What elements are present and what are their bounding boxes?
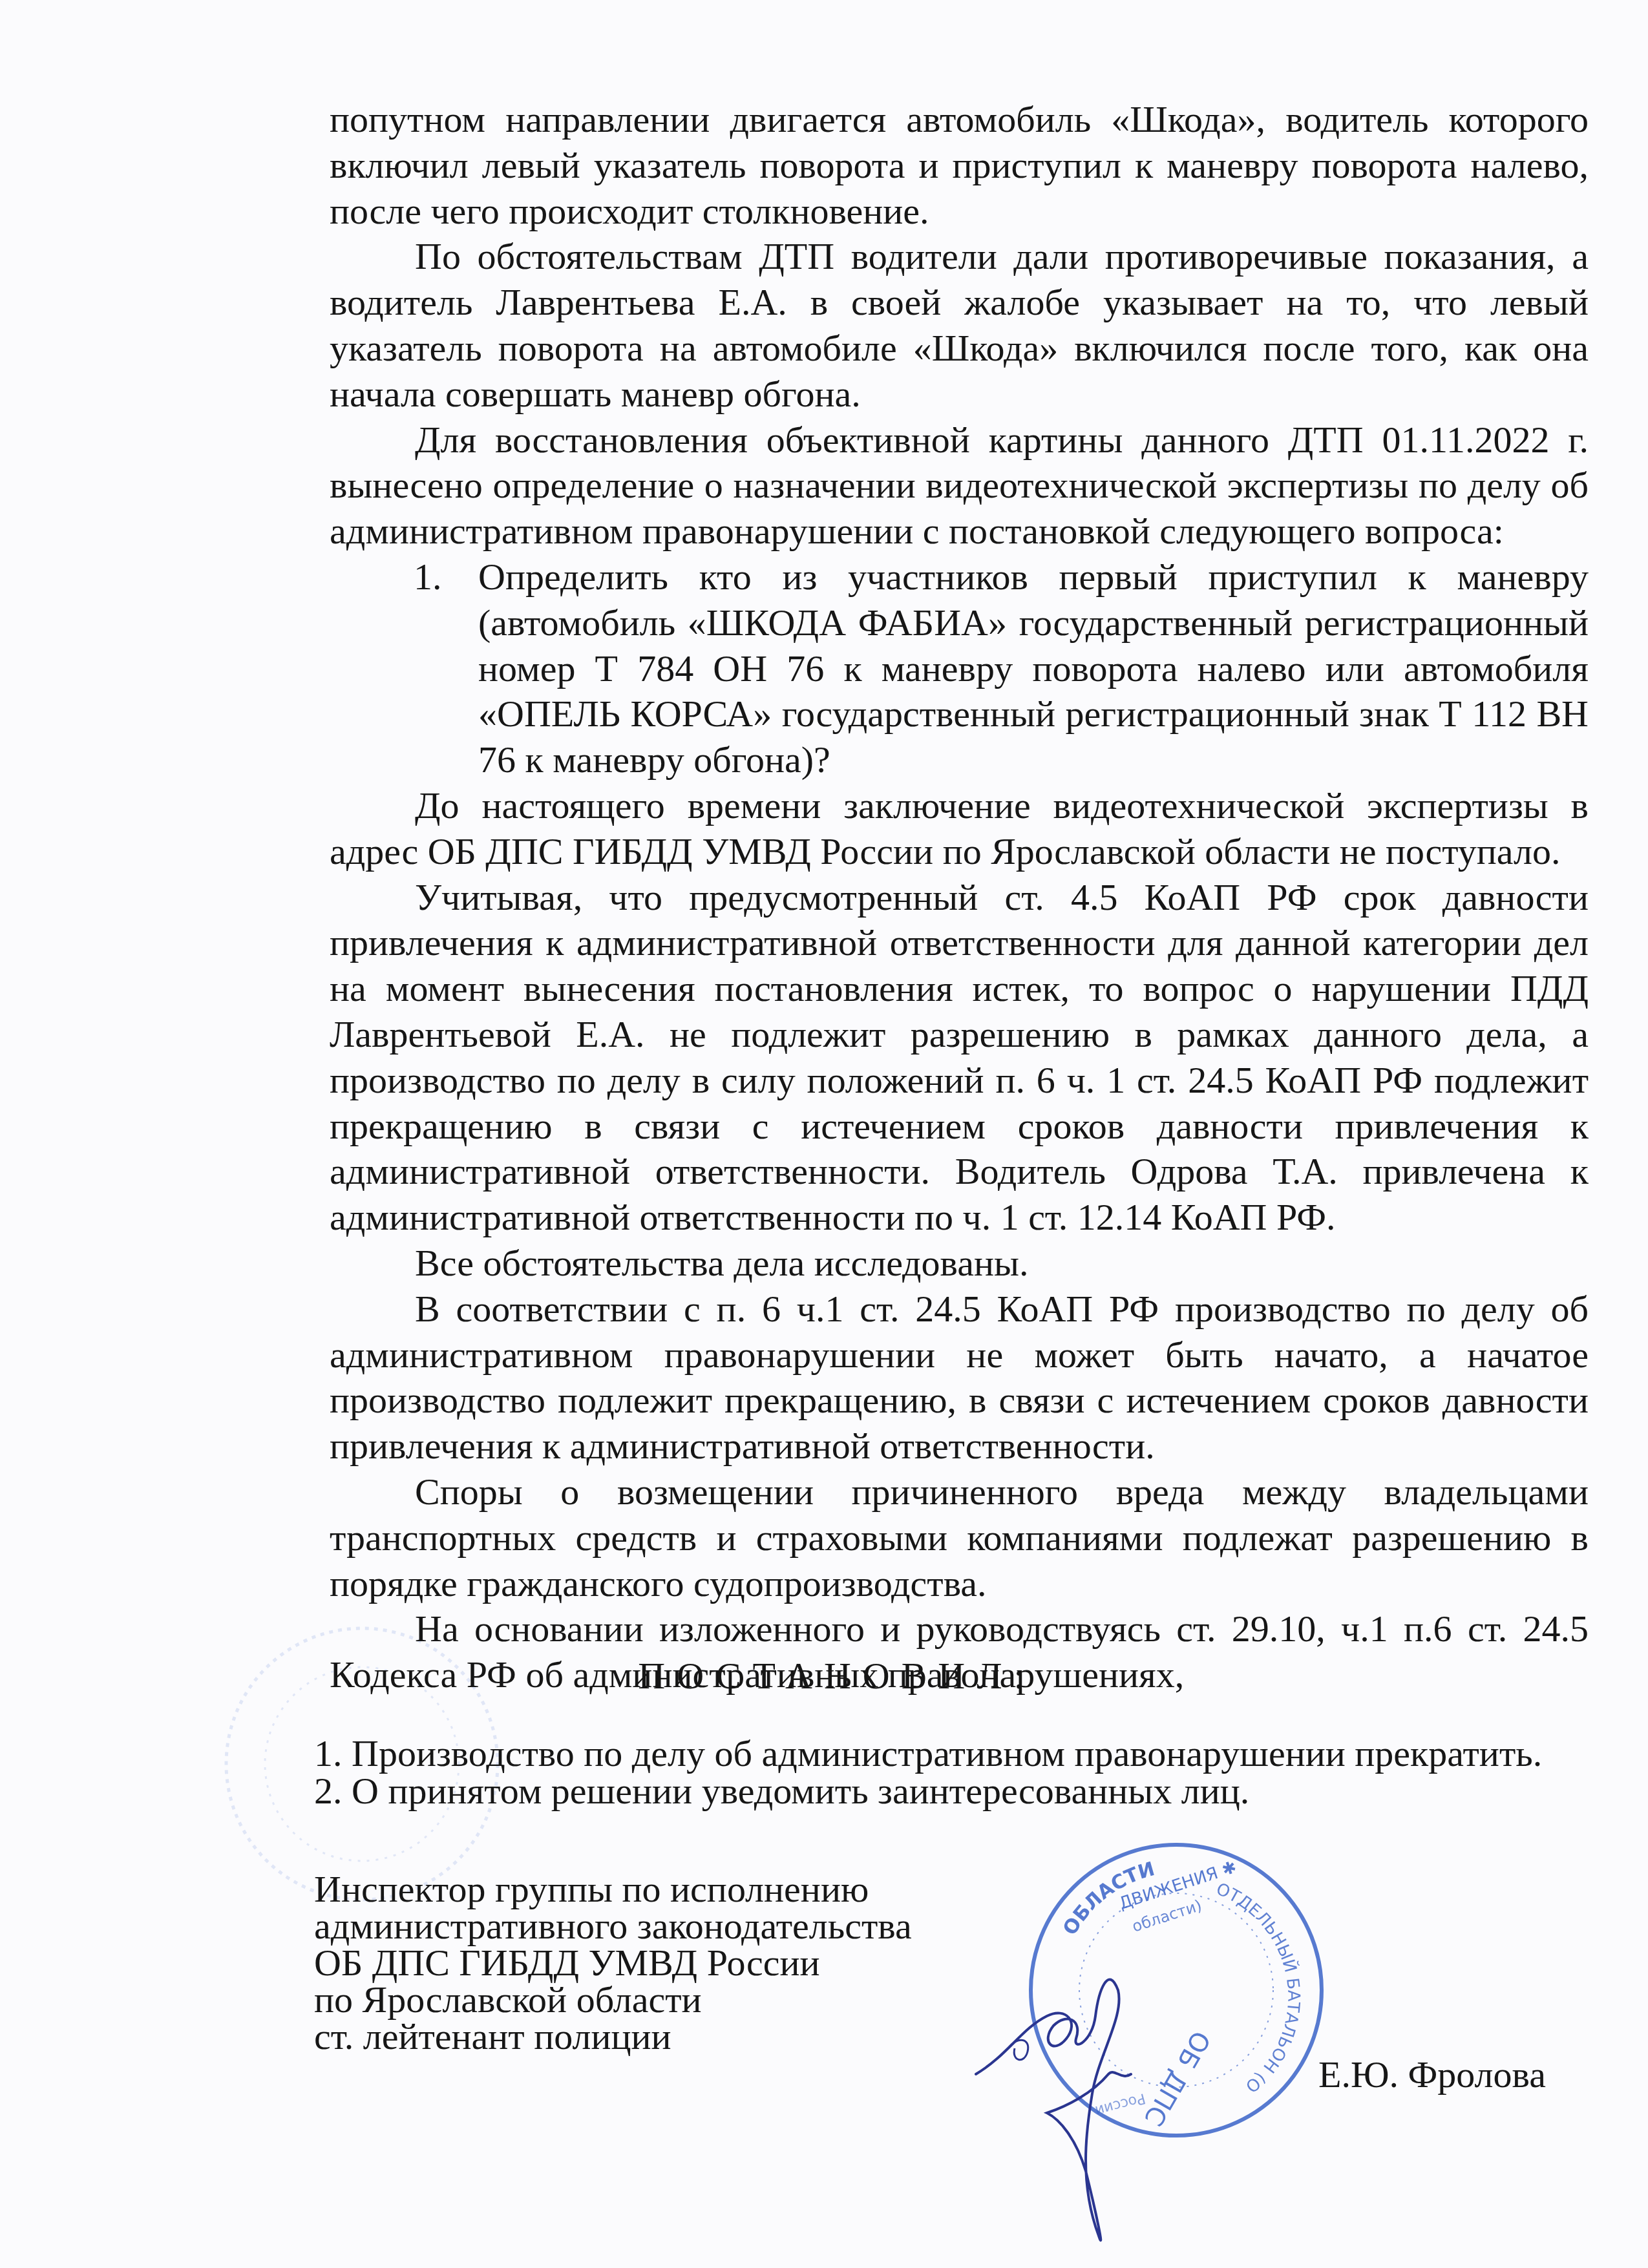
paragraph-limitation: Учитывая, что предусмотренный ст. 4.5 Ко… — [330, 875, 1589, 1241]
paragraph-investigated: Все обстоятельства дела исследованы. — [330, 1241, 1589, 1286]
expertise-question: 1. Определить кто из участников первый п… — [330, 554, 1589, 783]
signer-name: Е.Ю. Фролова — [1318, 2053, 1546, 2096]
signer-line: административного законодательства — [314, 1907, 912, 1944]
question-number: 1. — [414, 554, 442, 600]
document-body: попутном направлении двигается автомобил… — [330, 97, 1589, 1698]
decision-item: 2. О принятом решении уведомить заинтере… — [314, 1772, 1607, 1810]
signature-icon — [969, 1977, 1241, 2262]
paragraph-no-conclusion: До настоящего времени заключение видеоте… — [330, 783, 1589, 875]
signer-line: ст. лейтенант полиции — [314, 2018, 912, 2055]
question-text: Определить кто из участников первый прис… — [478, 556, 1589, 781]
paragraph-continuation: попутном направлении двигается автомобил… — [330, 97, 1589, 234]
paragraph-expertise: Для восстановления объективной картины д… — [330, 417, 1589, 554]
decision-list: 1. Производство по делу об административ… — [314, 1735, 1607, 1810]
decision-item: 1. Производство по делу об административ… — [314, 1735, 1607, 1772]
document-page: попутном направлении двигается автомобил… — [0, 0, 1648, 2268]
signer-line: Инспектор группы по исполнению — [314, 1871, 912, 1907]
paragraph-termination-basis: В соответствии с п. 6 ч.1 ст. 24.5 КоАП … — [330, 1286, 1589, 1469]
signer-position: Инспектор группы по исполнению администр… — [314, 1871, 912, 2055]
signer-line: ОБ ДПС ГИБДД УМВД России — [314, 1944, 912, 1981]
paragraph-testimony: По обстоятельствам ДТП водители дали про… — [330, 234, 1589, 417]
paragraph-disputes: Споры о возмещении причиненного вреда ме… — [330, 1469, 1589, 1606]
verdict-heading: ПОСТАНОВИЛ: — [0, 1654, 1648, 1697]
signer-line: по Ярославской области — [314, 1981, 912, 2018]
